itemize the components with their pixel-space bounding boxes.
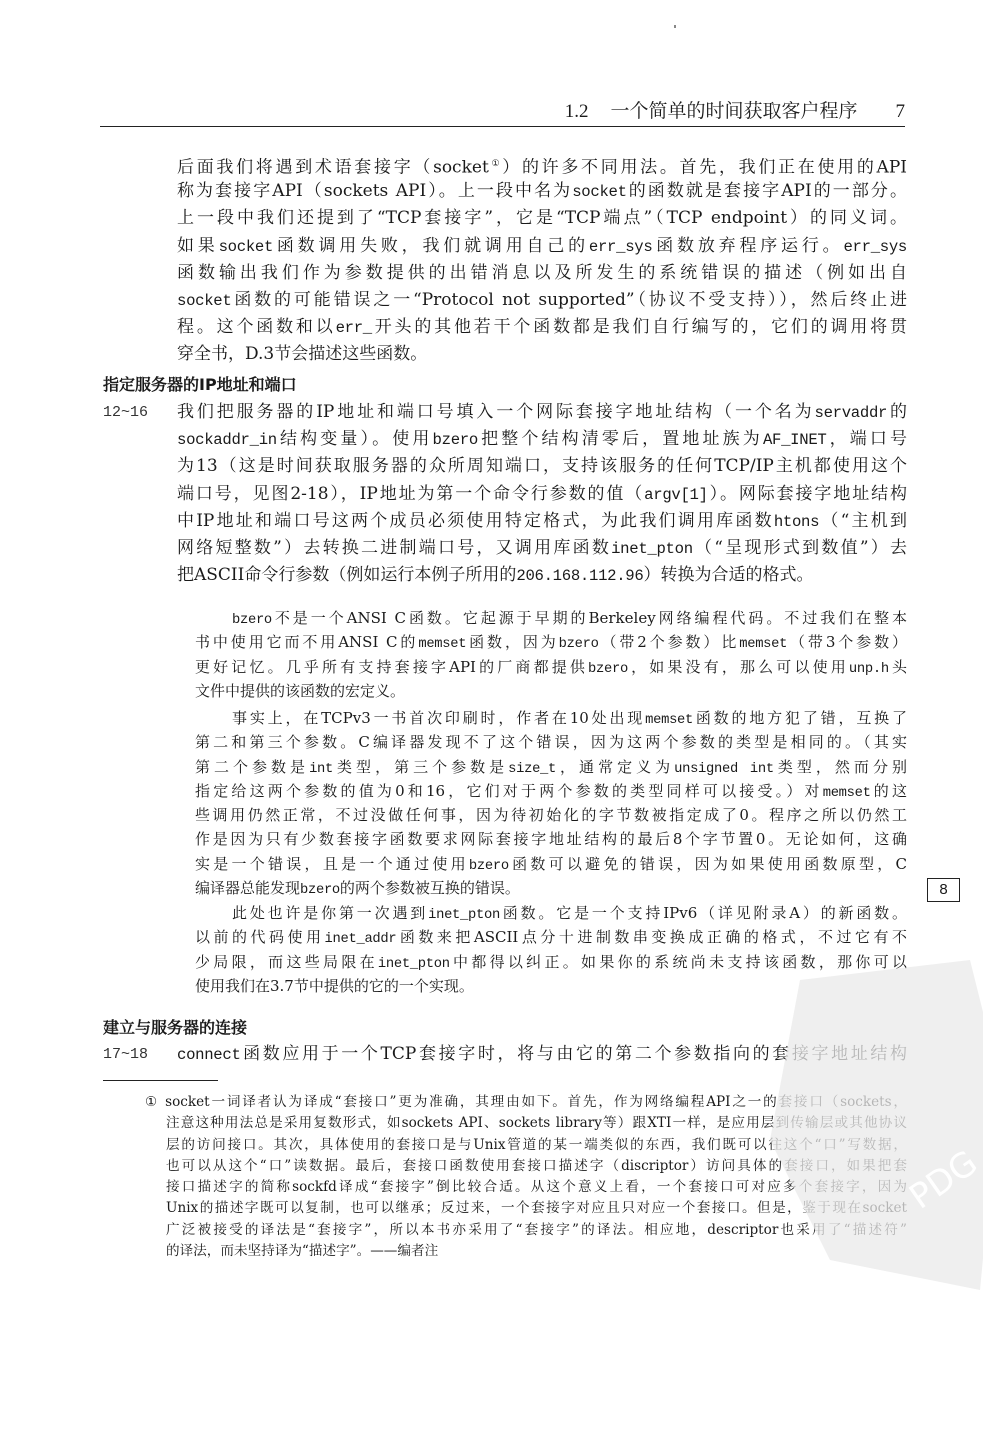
text-line: 第二个参数是int类型，第三个参数是size_t，通常定义为unsigned i… <box>195 755 907 779</box>
text-line: 使用我们在3.7节中提供的它的一个实现。 <box>195 974 907 998</box>
footnote-line: 也可以从这个“口”读数据。最后，套接口函数使用套接口描述字（discriptor… <box>145 1156 907 1177</box>
original-page-marker: 8 <box>927 878 960 902</box>
scan-artifact <box>674 25 676 28</box>
footnote-line: ① socket一词译者认为译成“套接口”更为准确，其理由如下。首先，作为网络编… <box>145 1092 907 1113</box>
section-2-paragraph: connect函数应用于一个TCP套接字时，将与由它的第二个参数指向的套接字地址… <box>177 1041 907 1068</box>
footnote-ref[interactable]: ① <box>489 159 502 169</box>
text-line: 端口号，见图2-18），IP地址为第一个命令行参数的值（argv[1]）。网际套… <box>177 481 907 508</box>
text-line: 此处也许是你第一次遇到inet_pton函数。它是一个支持IPv6（详见附录A）… <box>195 901 907 925</box>
chapter-section-title: 一个简单的时间获取客户程序 <box>610 100 857 122</box>
page-number: 7 <box>896 101 906 122</box>
note-memset-error: 事实上，在TCPv3一书首次印刷时，作者在10处出现memset函数的地方犯了错… <box>195 706 907 900</box>
text-line: 编译器总能发现bzero的两个参数被互换的错误。 <box>195 876 907 900</box>
text-line: 中IP地址和端口号这两个成员必须使用特定格式，为此我们调用库函数htons（“主… <box>177 508 907 535</box>
text-line: 以前的代码使用inet_addr函数来把ASCII点分十进制数串变换成正确的格式… <box>195 925 907 949</box>
text-line: 第二和第三个参数。C编译器发现不了这个错误，因为这两个参数的类型是相同的。（其实 <box>195 730 907 754</box>
footnote-line: 广泛被接受的译法是“套接字”，所以本书亦采用了“套接字”的译法。相应地，desc… <box>145 1220 907 1241</box>
note-inet-pton: 此处也许是你第一次遇到inet_pton函数。它是一个支持IPv6（详见附录A）… <box>195 901 907 998</box>
footnote-line: 接口描述字的简称sockfd译成“套接字”倒比较合适。从这个意义上看，一个套接口… <box>145 1177 907 1198</box>
text-line: 程。这个函数和以err_开头的其他若干个函数都是我们自行编写的，它们的调用将贯 <box>177 314 907 341</box>
intro-paragraph: 后面我们将遇到术语套接字（socket①）的许多不同用法。首先，我们正在使用的A… <box>177 151 907 369</box>
text-line: 称为套接字API（sockets API）。上一段中名为socket的函数就是套… <box>177 178 907 205</box>
text-line: 文件中提供的该函数的宏定义。 <box>195 679 907 703</box>
footnote: ① socket一词译者认为译成“套接口”更为准确，其理由如下。首先，作为网络编… <box>145 1092 907 1262</box>
text-line: 后面我们将遇到术语套接字（socket①）的许多不同用法。首先，我们正在使用的A… <box>177 151 907 178</box>
code-line-range: 17~18 <box>103 1046 148 1063</box>
running-head: 1.2一个简单的时间获取客户程序7 <box>565 96 905 123</box>
text-line: connect函数应用于一个TCP套接字时，将与由它的第二个参数指向的套接字地址… <box>177 1041 907 1068</box>
text-line: 为13（这是时间获取服务器的众所周知端口，支持该服务的任何TCP/IP主机都使用… <box>177 453 907 480</box>
section-heading-server-address: 指定服务器的IP地址和端口 <box>103 372 297 395</box>
footnote-line: Unix的描述字既可以复制，也可以继承；反过来，一个套接字对应且只对应一个套接口… <box>145 1198 907 1219</box>
text-line: 如果socket函数调用失败，我们就调用自己的err_sys函数放弃程序运行。e… <box>177 233 907 260</box>
text-line: 指定给这两个参数的值为0和16，它们对于两个参数的类型同样可以接受。）对mems… <box>195 779 907 803</box>
text-line: 少局限，而这些局限在inet_pton中都得以纠正。如果你的系统尚未支持该函数，… <box>195 950 907 974</box>
text-line: 我们把服务器的IP地址和端口号填入一个网际套接字地址结构（一个名为servadd… <box>177 399 907 426</box>
footnote-line: 层的访问接口。其次，具体使用的套接口是与Unix管道的某一端类似的东西，我们既可… <box>145 1135 907 1156</box>
text-line: 书中使用它而不用ANSI C的memset函数，因为bzero（带2个参数）比m… <box>195 630 907 654</box>
text-line: 些调用仍然正常，不过没做任何事，因为待初始化的字节数被指定成了0。程序之所以仍然… <box>195 803 907 827</box>
text-line: 网络短整数”）去转换二进制端口号，又调用库函数inet_pton（“呈现形式到数… <box>177 535 907 562</box>
note-bzero: bzero不是一个ANSI C函数。它起源于早期的Berkeley网络编程代码。… <box>195 606 907 703</box>
text-line: 函数输出我们作为参数提供的出错消息以及所发生的系统错误的描述（例如出自 <box>177 260 907 287</box>
section-heading-connect: 建立与服务器的连接 <box>103 1015 247 1038</box>
section-1-paragraph: 我们把服务器的IP地址和端口号填入一个网际套接字地址结构（一个名为servadd… <box>177 399 907 589</box>
footnote-line: 的译法，而未坚持译为“描述字”。——编者注 <box>145 1241 907 1262</box>
footnote-line: 注意这种用法总是采用复数形式，如sockets API、sockets libr… <box>145 1113 907 1134</box>
text-line: 更好记忆。几乎所有支持套接字API的厂商都提供bzero，如果没有，那么可以使用… <box>195 655 907 679</box>
code-line-range: 12~16 <box>103 404 148 421</box>
footnote-marker: ① <box>145 1094 159 1110</box>
text-line: 作是因为只有少数套接字函数要求网际套接字地址结构的最后8个字节置0。无论如何，这… <box>195 827 907 851</box>
text-line: 实是一个错误，且是一个通过使用bzero函数可以避免的错误，因为如果使用函数原型… <box>195 852 907 876</box>
svg-text:PDG: PDG <box>902 1143 983 1218</box>
section-number: 1.2 <box>565 101 589 122</box>
text-line: 穿全书，D.3节会描述这些函数。 <box>177 341 907 368</box>
text-line: 上一段中我们还提到了“TCP套接字”，它是“TCP端点”（TCP endpoin… <box>177 205 907 232</box>
footnote-rule <box>103 1080 218 1081</box>
text-line: 事实上，在TCPv3一书首次印刷时，作者在10处出现memset函数的地方犯了错… <box>195 706 907 730</box>
text-line: bzero不是一个ANSI C函数。它起源于早期的Berkeley网络编程代码。… <box>195 606 907 630</box>
text-line: socket函数的可能错误之一“Protocol not supported”（… <box>177 287 907 314</box>
text-line: 把ASCII命令行参数（例如运行本例子所用的206.168.112.96）转换为… <box>177 562 907 589</box>
header-rule <box>100 126 905 127</box>
text-line: sockaddr_in结构变量）。使用bzero把整个结构清零后，置地址族为AF… <box>177 426 907 453</box>
